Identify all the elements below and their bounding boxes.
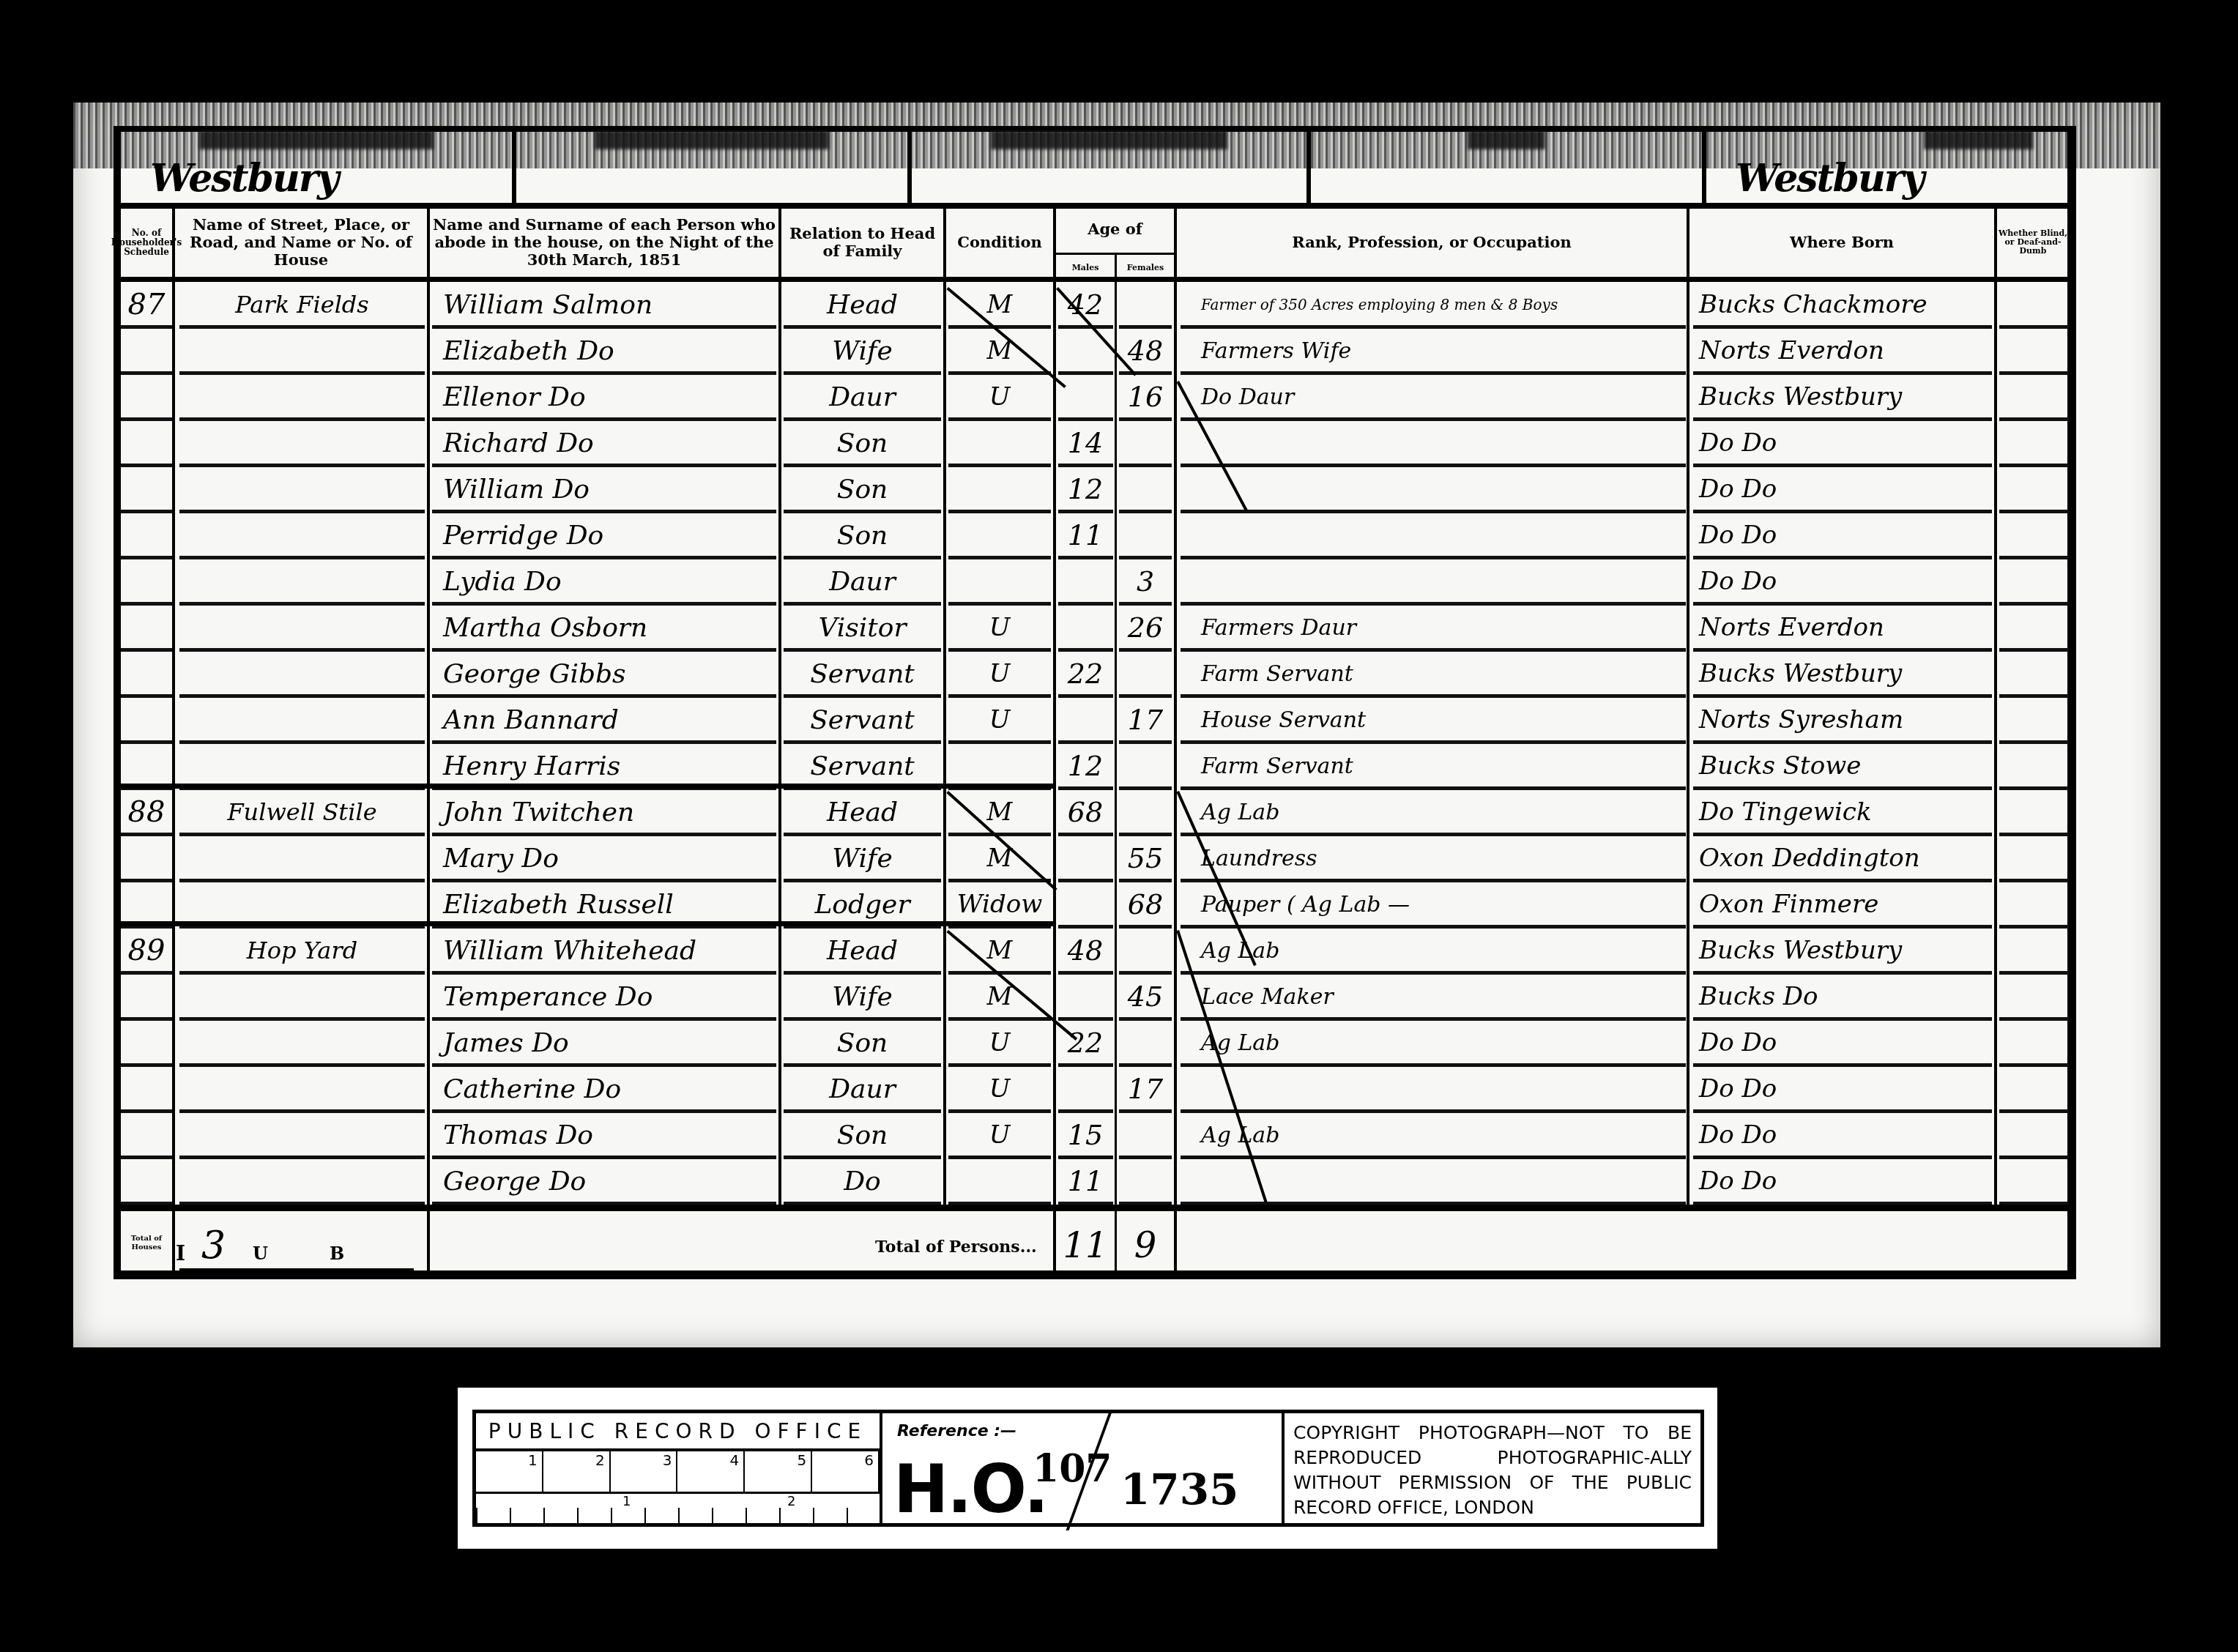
marital-condition: M bbox=[948, 974, 1051, 1019]
person-name: Elizabeth Do bbox=[443, 328, 776, 373]
totals-divider bbox=[117, 1205, 2072, 1211]
male-age: 15 bbox=[1056, 1112, 1115, 1158]
row-rule bbox=[1999, 833, 2069, 836]
person-name: Henry Harris bbox=[443, 743, 776, 789]
relation-to-head: Servant bbox=[784, 697, 941, 743]
birthplace: Norts Everdon bbox=[1699, 605, 1992, 650]
male-age: 68 bbox=[1056, 789, 1115, 835]
street-name bbox=[179, 374, 425, 420]
marital-condition: M bbox=[948, 789, 1051, 835]
marital-condition bbox=[948, 1158, 1051, 1204]
female-age: 26 bbox=[1117, 605, 1174, 650]
birthplace: Do Tingewick bbox=[1699, 789, 1992, 835]
row-rule bbox=[1999, 1109, 2069, 1113]
relation-to-head: Daur bbox=[784, 1066, 941, 1112]
marital-condition: U bbox=[948, 1066, 1051, 1112]
marital-condition: U bbox=[948, 374, 1051, 420]
relation-to-head: Son bbox=[784, 1112, 941, 1158]
birthplace: Do Do bbox=[1699, 559, 1992, 604]
col-header-age: Age of bbox=[1056, 206, 1174, 252]
schedule-number bbox=[121, 651, 172, 696]
total-males: 11 bbox=[1056, 1223, 1115, 1268]
ruler-tick: 2 bbox=[787, 1494, 795, 1509]
age-subhead-rule bbox=[1056, 253, 1174, 255]
relation-to-head: Wife bbox=[784, 836, 941, 881]
ruler-bottom: 1 2 bbox=[476, 1494, 882, 1527]
male-age: 12 bbox=[1056, 466, 1115, 512]
ruler-top: 1 2 3 4 5 6 bbox=[476, 1451, 882, 1494]
male-age: 22 bbox=[1056, 1020, 1115, 1065]
row-rule bbox=[1999, 740, 2069, 744]
schedule-number bbox=[121, 743, 172, 789]
reference-label: Reference :— bbox=[897, 1422, 1016, 1440]
street-name bbox=[179, 697, 425, 743]
schedule-number bbox=[121, 1020, 172, 1065]
inhabited-count: 3 bbox=[201, 1223, 226, 1268]
row-rule bbox=[1999, 925, 2069, 929]
birthplace: Bucks Westbury bbox=[1699, 651, 1992, 696]
row-rule bbox=[1999, 556, 2069, 559]
female-age bbox=[1117, 466, 1174, 512]
marital-condition bbox=[948, 559, 1051, 604]
row-rule bbox=[1999, 694, 2069, 698]
female-age: 3 bbox=[1117, 559, 1174, 604]
marital-condition bbox=[948, 743, 1051, 789]
col-rule bbox=[1994, 206, 1997, 1210]
schedule-number bbox=[121, 559, 172, 604]
male-age: 48 bbox=[1056, 928, 1115, 973]
col-rule bbox=[172, 206, 175, 1276]
person-name: Ellenor Do bbox=[443, 374, 776, 420]
schedule-number bbox=[121, 466, 172, 512]
street-name bbox=[179, 513, 425, 558]
header-town-printed-label bbox=[1468, 130, 1546, 149]
header-parish-printed-label bbox=[199, 130, 434, 149]
schedule-number bbox=[121, 974, 172, 1019]
col-header-schedule: No. of Householder's Schedule bbox=[121, 206, 172, 278]
person-name: George Do bbox=[443, 1158, 776, 1204]
marital-condition: Widow bbox=[948, 882, 1051, 927]
female-age: 17 bbox=[1117, 1066, 1174, 1112]
male-age bbox=[1056, 605, 1115, 650]
ruler-tick: 4 bbox=[677, 1451, 745, 1492]
person-name: Ann Bannard bbox=[443, 697, 776, 743]
ruler-tick: 1 bbox=[476, 1451, 543, 1492]
schedule-number bbox=[121, 1112, 172, 1158]
col-rule bbox=[1174, 206, 1177, 1276]
relation-to-head: Daur bbox=[784, 374, 941, 420]
relation-to-head: Son bbox=[784, 513, 941, 558]
copyright-notice: COPYRIGHT PHOTOGRAPH—NOT TO BE REPRODUCE… bbox=[1282, 1413, 1700, 1523]
col-header-street: Name of Street, Place, or Road, and Name… bbox=[175, 206, 427, 278]
schedule-number: 88 bbox=[121, 789, 172, 835]
header-eccl-printed-label bbox=[595, 130, 829, 149]
schedule-number bbox=[121, 605, 172, 650]
header-parish: Westbury bbox=[121, 126, 516, 206]
schedule-number: 89 bbox=[121, 928, 172, 973]
birthplace: Do Do bbox=[1699, 420, 1992, 466]
row-rule bbox=[1999, 879, 2069, 882]
household-divider bbox=[117, 921, 1055, 926]
street-name bbox=[179, 1112, 425, 1158]
occupation: Farmers Wife bbox=[1201, 328, 1684, 373]
occupation: Farmers Daur bbox=[1201, 605, 1684, 650]
female-age: 55 bbox=[1117, 836, 1174, 881]
relation-to-head: Son bbox=[784, 420, 941, 466]
street-name bbox=[179, 836, 425, 881]
col-header-males: Males bbox=[1056, 256, 1115, 278]
schedule-number bbox=[121, 882, 172, 927]
birthplace: Do Do bbox=[1699, 1066, 1992, 1112]
occupation bbox=[1201, 1066, 1684, 1112]
birthplace: Do Do bbox=[1699, 466, 1992, 512]
occupation: Farmer of 350 Acres employing 8 men & 8 … bbox=[1201, 282, 1684, 327]
col-header-females: Females bbox=[1117, 256, 1174, 278]
street-name bbox=[179, 882, 425, 927]
row-rule bbox=[1999, 602, 2069, 606]
marital-condition: U bbox=[948, 651, 1051, 696]
ruler-tick: 1 bbox=[622, 1494, 631, 1509]
occupation: Laundress bbox=[1201, 836, 1684, 881]
occupation bbox=[1201, 559, 1684, 604]
schedule-number bbox=[121, 420, 172, 466]
relation-to-head: Servant bbox=[784, 651, 941, 696]
series-code: H.O. bbox=[893, 1457, 1047, 1523]
street-name bbox=[179, 328, 425, 373]
schedule-number bbox=[121, 697, 172, 743]
schedule-number: 87 bbox=[121, 282, 172, 327]
street-name: Park Fields bbox=[179, 282, 425, 327]
birthplace: Bucks Do bbox=[1699, 974, 1992, 1019]
occupation: Farm Servant bbox=[1201, 743, 1684, 789]
female-age bbox=[1117, 743, 1174, 789]
schedule-number bbox=[121, 1066, 172, 1112]
person-name: George Gibbs bbox=[443, 651, 776, 696]
person-name: Lydia Do bbox=[443, 559, 776, 604]
birthplace: Oxon Finmere bbox=[1699, 882, 1992, 927]
marital-condition bbox=[948, 513, 1051, 558]
birthplace: Norts Syresham bbox=[1699, 697, 1992, 743]
total-persons-label: Total of Persons... bbox=[875, 1238, 1037, 1257]
row-rule bbox=[1999, 1156, 2069, 1159]
marital-condition bbox=[948, 420, 1051, 466]
person-name: Catherine Do bbox=[443, 1066, 776, 1112]
total-females: 9 bbox=[1117, 1223, 1174, 1268]
female-age: 16 bbox=[1117, 374, 1174, 420]
reference-card: PUBLIC RECORD OFFICE 1 2 3 4 5 6 1 2 Ref… bbox=[458, 1388, 1717, 1549]
marital-condition: U bbox=[948, 697, 1051, 743]
marital-condition: M bbox=[948, 836, 1051, 881]
piece-number: 107 bbox=[1033, 1446, 1112, 1491]
male-age: 22 bbox=[1056, 651, 1115, 696]
row-rule bbox=[1999, 971, 2069, 975]
ruler-tick: 3 bbox=[611, 1451, 678, 1492]
marital-condition: U bbox=[948, 1020, 1051, 1065]
relation-to-head: Daur bbox=[784, 559, 941, 604]
relation-to-head: Wife bbox=[784, 974, 941, 1019]
person-name: Perridge Do bbox=[443, 513, 776, 558]
relation-to-head: Visitor bbox=[784, 605, 941, 650]
schedule-number bbox=[121, 836, 172, 881]
occupation: Pauper ( Ag Lab — bbox=[1201, 882, 1684, 927]
col-rule bbox=[427, 206, 430, 1276]
ruler-tick: 2 bbox=[543, 1451, 611, 1492]
street-name bbox=[179, 1066, 425, 1112]
schedule-number bbox=[121, 374, 172, 420]
column-header-divider bbox=[117, 277, 2072, 282]
header-city-borough bbox=[912, 126, 1311, 206]
marital-condition: U bbox=[948, 1112, 1051, 1158]
birthplace: Bucks Stowe bbox=[1699, 743, 1992, 789]
occupation: Do Daur bbox=[1201, 374, 1684, 420]
occupation: Ag Lab bbox=[1201, 1020, 1684, 1065]
header-town bbox=[1311, 126, 1706, 206]
street-name bbox=[179, 559, 425, 604]
occupation bbox=[1201, 420, 1684, 466]
relation-to-head: Servant bbox=[784, 743, 941, 789]
birthplace: Bucks Westbury bbox=[1699, 374, 1992, 420]
col-header-condition: Condition bbox=[946, 206, 1053, 278]
male-age bbox=[1056, 328, 1115, 373]
schedule-number bbox=[121, 1158, 172, 1204]
col-header-relation: Relation to Head of Family bbox=[781, 206, 943, 278]
female-age bbox=[1117, 282, 1174, 327]
birthplace: Norts Everdon bbox=[1699, 328, 1992, 373]
birthplace: Do Do bbox=[1699, 513, 1992, 558]
header-ecclesiastical-district bbox=[516, 126, 912, 206]
female-age bbox=[1117, 651, 1174, 696]
relation-to-head: Do bbox=[784, 1158, 941, 1204]
street-name bbox=[179, 605, 425, 650]
person-name: Thomas Do bbox=[443, 1112, 776, 1158]
female-age: 17 bbox=[1117, 697, 1174, 743]
male-age bbox=[1056, 836, 1115, 881]
relation-to-head: Son bbox=[784, 466, 941, 512]
female-age: 68 bbox=[1117, 882, 1174, 927]
female-age: 45 bbox=[1117, 974, 1174, 1019]
marital-condition: M bbox=[948, 328, 1051, 373]
street-name bbox=[179, 974, 425, 1019]
person-name: James Do bbox=[443, 1020, 776, 1065]
birthplace: Do Do bbox=[1699, 1112, 1992, 1158]
marital-condition: M bbox=[948, 928, 1051, 973]
ruler-tick: 6 bbox=[812, 1451, 880, 1492]
male-age bbox=[1056, 559, 1115, 604]
street-name bbox=[179, 420, 425, 466]
item-number: 1735 bbox=[1120, 1465, 1238, 1514]
female-age bbox=[1117, 1112, 1174, 1158]
female-age bbox=[1117, 928, 1174, 973]
person-name: Elizabeth Russell bbox=[443, 882, 776, 927]
col-rule bbox=[1687, 206, 1689, 1210]
col-header-blind-deaf: Whether Blind, or Deaf-and-Dumb bbox=[1997, 206, 2069, 278]
col-header-where-born: Where Born bbox=[1689, 206, 1994, 278]
row-rule bbox=[1999, 1017, 2069, 1021]
parish-value: Westbury bbox=[150, 156, 338, 201]
row-rule bbox=[1999, 371, 2069, 375]
marital-condition: M bbox=[948, 282, 1051, 327]
birthplace: Do Do bbox=[1699, 1020, 1992, 1065]
male-age bbox=[1056, 1066, 1115, 1112]
female-age bbox=[1117, 789, 1174, 835]
header-village: Westbury bbox=[1706, 126, 2069, 206]
person-name: John Twitchen bbox=[443, 789, 776, 835]
male-age: 12 bbox=[1056, 743, 1115, 789]
male-age bbox=[1056, 974, 1115, 1019]
person-name: Richard Do bbox=[443, 420, 776, 466]
village-value: Westbury bbox=[1736, 156, 1923, 201]
col-rule bbox=[778, 206, 781, 1210]
col-header-occupation: Rank, Profession, or Occupation bbox=[1177, 206, 1687, 278]
street-name: Fulwell Stile bbox=[179, 789, 425, 835]
occupation bbox=[1201, 1158, 1684, 1204]
person-name: Temperance Do bbox=[443, 974, 776, 1019]
birthplace: Do Do bbox=[1699, 1158, 1992, 1204]
relation-to-head: Son bbox=[784, 1020, 941, 1065]
col-header-name: Name and Surname of each Person who abod… bbox=[430, 206, 778, 278]
street-name bbox=[179, 1158, 425, 1204]
person-name: William Salmon bbox=[443, 282, 776, 327]
occupation: Ag Lab bbox=[1201, 928, 1684, 973]
row-rule bbox=[1999, 464, 2069, 467]
col-rule bbox=[943, 206, 946, 1210]
female-age bbox=[1117, 1158, 1174, 1204]
male-age: 11 bbox=[1056, 1158, 1115, 1204]
street-name bbox=[179, 1020, 425, 1065]
schedule-number bbox=[121, 513, 172, 558]
person-name: Mary Do bbox=[443, 836, 776, 881]
street-name: Hop Yard bbox=[179, 928, 425, 973]
occupation: Ag Lab bbox=[1201, 1112, 1684, 1158]
birthplace: Bucks Westbury bbox=[1699, 928, 1992, 973]
reference-card-box: PUBLIC RECORD OFFICE 1 2 3 4 5 6 1 2 Ref… bbox=[472, 1410, 1704, 1527]
header-village-printed-label bbox=[1924, 130, 2033, 149]
occupation: Lace Maker bbox=[1201, 974, 1684, 1019]
female-age bbox=[1117, 513, 1174, 558]
male-age: 11 bbox=[1056, 513, 1115, 558]
occupation bbox=[1201, 466, 1684, 512]
marital-condition bbox=[948, 466, 1051, 512]
male-age bbox=[1056, 882, 1115, 927]
total-houses-label: Total of Houses bbox=[121, 1212, 172, 1274]
houses-underline bbox=[179, 1268, 414, 1270]
row-rule bbox=[1999, 510, 2069, 513]
person-name: Martha Osborn bbox=[443, 605, 776, 650]
street-name bbox=[179, 743, 425, 789]
household-divider bbox=[117, 784, 1055, 789]
female-age bbox=[1117, 1020, 1174, 1065]
row-rule bbox=[1999, 786, 2069, 790]
header-city-printed-label bbox=[991, 130, 1227, 149]
male-age: 14 bbox=[1056, 420, 1115, 466]
person-name: William Whitehead bbox=[443, 928, 776, 973]
person-name: William Do bbox=[443, 466, 776, 512]
street-name bbox=[179, 651, 425, 696]
relation-to-head: Wife bbox=[784, 328, 941, 373]
row-rule bbox=[1999, 648, 2069, 652]
occupation: Farm Servant bbox=[1201, 651, 1684, 696]
occupation: Ag Lab bbox=[1201, 789, 1684, 835]
female-age bbox=[1117, 420, 1174, 466]
occupation: House Servant bbox=[1201, 697, 1684, 743]
marital-condition: U bbox=[948, 605, 1051, 650]
public-record-office-title: PUBLIC RECORD OFFICE bbox=[476, 1413, 882, 1451]
male-age bbox=[1056, 374, 1115, 420]
ruler-tick: 5 bbox=[745, 1451, 812, 1492]
birthplace: Bucks Chackmore bbox=[1699, 282, 1992, 327]
relation-to-head: Head bbox=[784, 928, 941, 973]
male-age bbox=[1056, 697, 1115, 743]
relation-to-head: Head bbox=[784, 282, 941, 327]
birthplace: Oxon Deddington bbox=[1699, 836, 1992, 881]
relation-to-head: Lodger bbox=[784, 882, 941, 927]
street-name bbox=[179, 466, 425, 512]
schedule-number bbox=[121, 328, 172, 373]
occupation bbox=[1201, 513, 1684, 558]
row-rule bbox=[1999, 417, 2069, 421]
relation-to-head: Head bbox=[784, 789, 941, 835]
row-rule bbox=[1999, 1063, 2069, 1067]
row-rule bbox=[1999, 325, 2069, 329]
